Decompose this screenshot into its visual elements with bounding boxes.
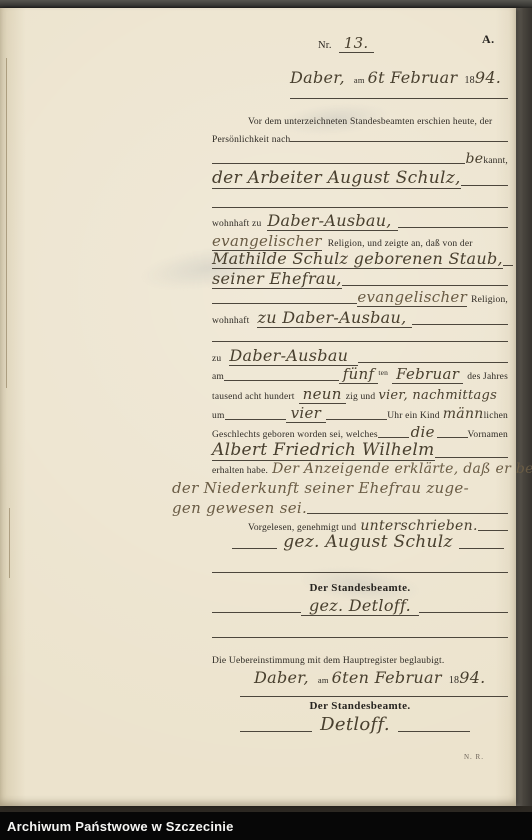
- bekannt-hand: be: [465, 151, 483, 167]
- header-place: Daber,: [290, 68, 345, 87]
- record-number-label: Nr.: [318, 40, 332, 51]
- footer-am-label: am: [318, 675, 329, 685]
- birthplace-line: zu Daber-Ausbau: [212, 346, 508, 366]
- des-jahres-label: des Jahres: [467, 372, 508, 382]
- bekannt-print: kannt,: [483, 156, 508, 166]
- blank-rule: [326, 419, 387, 420]
- note-line-3: gen gewesen sei.: [172, 499, 508, 517]
- intro-line: Vor dem unterzeichneten Standesbeamten e…: [248, 117, 492, 127]
- uhr-kind-label: Uhr ein Kind: [387, 411, 440, 421]
- certification-line: Die Uebereinstimmung mit dem Hauptregist…: [212, 656, 444, 666]
- corner-mark-text: N. R.: [464, 753, 484, 761]
- header-year-hand: 94.: [475, 68, 501, 87]
- child-names: Albert Friedrich Wilhelm: [212, 440, 435, 461]
- blank-line: [212, 339, 508, 345]
- note-hand-2: der Niederkunft seiner Ehefrau zuge-: [172, 479, 469, 497]
- blank-line: [212, 570, 508, 576]
- child-names-line: Albert Friedrich Wilhelm: [212, 440, 508, 461]
- blank-rule: [437, 437, 468, 438]
- declarant-signature: gez. August Schulz: [277, 532, 459, 552]
- registrar-title-2: Der Standesbeamte.: [309, 700, 410, 712]
- blank-rule: [224, 380, 339, 381]
- page-stack-edge-line: [9, 508, 10, 578]
- declarant-signature-line: gez. August Schulz: [232, 532, 504, 552]
- religion-print-2: Religion,: [471, 295, 508, 305]
- blank-rule: [358, 362, 508, 363]
- certification-text: Die Uebereinstimmung mit dem Hauptregist…: [212, 656, 444, 666]
- intro-text: Vor dem unterzeichneten Standesbeamten e…: [248, 117, 492, 127]
- document-page: Nr. 13. A. Daber, am 6t Februar 18 94. V…: [0, 8, 516, 806]
- birthyear-line: tausend acht hundert neun zig und vier, …: [212, 385, 508, 404]
- header-date: 6t Februar: [368, 68, 458, 87]
- blank-rule: [212, 637, 508, 638]
- birthplace-label: zu: [212, 354, 221, 364]
- residence-line-2: wohnhaft zu Daber-Ausbau,: [212, 308, 508, 328]
- blank-rule: [419, 612, 508, 613]
- blank-rule: [212, 303, 357, 304]
- birthplace-value: Daber-Ausbau: [229, 346, 358, 366]
- birth-hour-line: um vier Uhr ein Kind männ lichen: [212, 404, 508, 423]
- registrar-signature-line-1: gez. Detloff.: [212, 596, 508, 616]
- header-year-print: 18: [464, 75, 474, 86]
- blank-rule: [212, 612, 301, 613]
- blank-rule: [478, 530, 508, 531]
- footer-year-print: 18: [449, 675, 459, 686]
- registrar-title-line-2: Der Standesbeamte.: [212, 700, 508, 712]
- declarant-name: der Arbeiter August Schulz,: [212, 168, 461, 189]
- page-stack-edge-line: [6, 58, 7, 388]
- registrar-signature-2: Detloff.: [312, 714, 398, 735]
- religion-value-2: evangelischer: [357, 288, 467, 307]
- spouse-line: seiner Ehefrau,: [212, 269, 508, 289]
- blank-rule: [398, 731, 470, 732]
- mother-line: Mathilde Schulz geborenen Staub,: [212, 249, 508, 269]
- blank-rule: [398, 227, 508, 228]
- registrar-title-line-1: Der Standesbeamte.: [212, 582, 508, 594]
- die-hand: die: [409, 423, 437, 441]
- religion-line-2: evangelischer Religion,: [212, 288, 508, 307]
- corner-letter-line: A.: [482, 32, 494, 47]
- header-date-line: Daber, am 6t Februar 18 94.: [290, 68, 508, 99]
- identity-line: Persönlichkeit nach: [212, 135, 508, 145]
- ten-suffix: ten: [378, 368, 388, 377]
- blank-rule: [212, 341, 508, 342]
- blank-rule: [459, 548, 504, 549]
- book-top-edge: [0, 0, 532, 8]
- geschlechts-label: Geschlechts geboren worden sei, welches: [212, 430, 378, 440]
- declarant-line: der Arbeiter August Schulz,: [212, 168, 508, 189]
- blank-rule: [212, 572, 508, 573]
- gender-print: lichen: [484, 411, 508, 421]
- residence-label-2: wohnhaft: [212, 316, 249, 326]
- registrar-signature-line-2: Detloff.: [240, 714, 470, 735]
- blank-rule: [378, 437, 409, 438]
- blank-rule: [412, 324, 508, 325]
- mother-name: Mathilde Schulz geborenen Staub,: [212, 249, 503, 269]
- blank-rule: [503, 265, 513, 266]
- header-am-label: am: [354, 75, 365, 85]
- spouse-text: seiner Ehefrau,: [212, 269, 342, 289]
- tausend-label: tausend acht hundert: [212, 392, 295, 402]
- record-number-value: 13.: [339, 34, 374, 53]
- book-right-edge: [516, 8, 532, 806]
- blank-rule: [342, 285, 508, 286]
- blank-rule: [307, 513, 508, 514]
- residence-label: wohnhaft zu: [212, 219, 261, 229]
- zig-und-label: zig und: [346, 392, 376, 402]
- identity-label: Persönlichkeit nach: [212, 135, 290, 145]
- note-line-2: der Niederkunft seiner Ehefrau zuge-: [172, 479, 469, 497]
- birth-month: Februar: [392, 365, 463, 384]
- residence-value-2: zu Daber-Ausbau,: [257, 308, 412, 328]
- religion-print-1: Religion, und zeigte an, daß von der: [328, 239, 473, 249]
- blank-line: [212, 635, 508, 641]
- birth-day: fünf: [339, 365, 379, 384]
- archive-name: Archiwum Państwowe w Szczecinie: [0, 819, 234, 834]
- blank-rule: [212, 163, 465, 164]
- vornamen-label: Vornamen: [468, 430, 508, 440]
- names-intro-line: Geschlechts geboren worden sei, welches …: [212, 423, 508, 441]
- am-label: am: [212, 372, 224, 382]
- record-number-line: Nr. 13.: [318, 34, 374, 53]
- footer-place: Daber,: [254, 668, 309, 687]
- blank-rule: [225, 419, 286, 420]
- registrar-title-1: Der Standesbeamte.: [309, 582, 410, 594]
- blank-rule: [232, 548, 277, 549]
- blank-rule: [212, 207, 508, 208]
- footer-year-hand: 94.: [459, 668, 485, 687]
- residence-value: Daber-Ausbau,: [267, 211, 397, 231]
- residence-line-1: wohnhaft zu Daber-Ausbau,: [212, 211, 508, 231]
- archive-watermark-bar: Archiwum Państwowe w Szczecinie: [0, 812, 532, 840]
- blank-rule: [290, 141, 508, 142]
- erhalten-line: erhalten habe. Der Anzeigende erklärte, …: [212, 461, 508, 477]
- footer-date: 6ten Februar: [332, 668, 442, 687]
- birth-hour: vier: [286, 404, 327, 423]
- corner-letter: A.: [482, 32, 494, 47]
- um-label: um: [212, 411, 225, 421]
- bekannt-line: be kannt,: [212, 151, 508, 167]
- year-tens: neun: [299, 385, 346, 404]
- registrar-signature-1: gez. Detloff.: [301, 596, 419, 616]
- blank-rule: [435, 457, 508, 458]
- year-units-daytime: vier, nachmittags: [378, 388, 497, 403]
- erhalten-label: erhalten habe.: [212, 466, 268, 476]
- printer-corner-mark: N. R.: [464, 753, 484, 761]
- gender-hand: männ: [443, 406, 484, 422]
- birthdate-line: am fünf ten Februar des Jahres: [212, 365, 508, 384]
- blank-rule: [240, 731, 312, 732]
- note-hand-1: Der Anzeigende erklärte, daß er bei: [272, 461, 532, 477]
- scanned-register-photo: Nr. 13. A. Daber, am 6t Februar 18 94. V…: [0, 0, 532, 840]
- blank-rule: [461, 185, 508, 186]
- footer-date-line: Daber, am 6ten Februar 18 94.: [240, 668, 508, 697]
- note-hand-3: gen gewesen sei.: [172, 499, 307, 517]
